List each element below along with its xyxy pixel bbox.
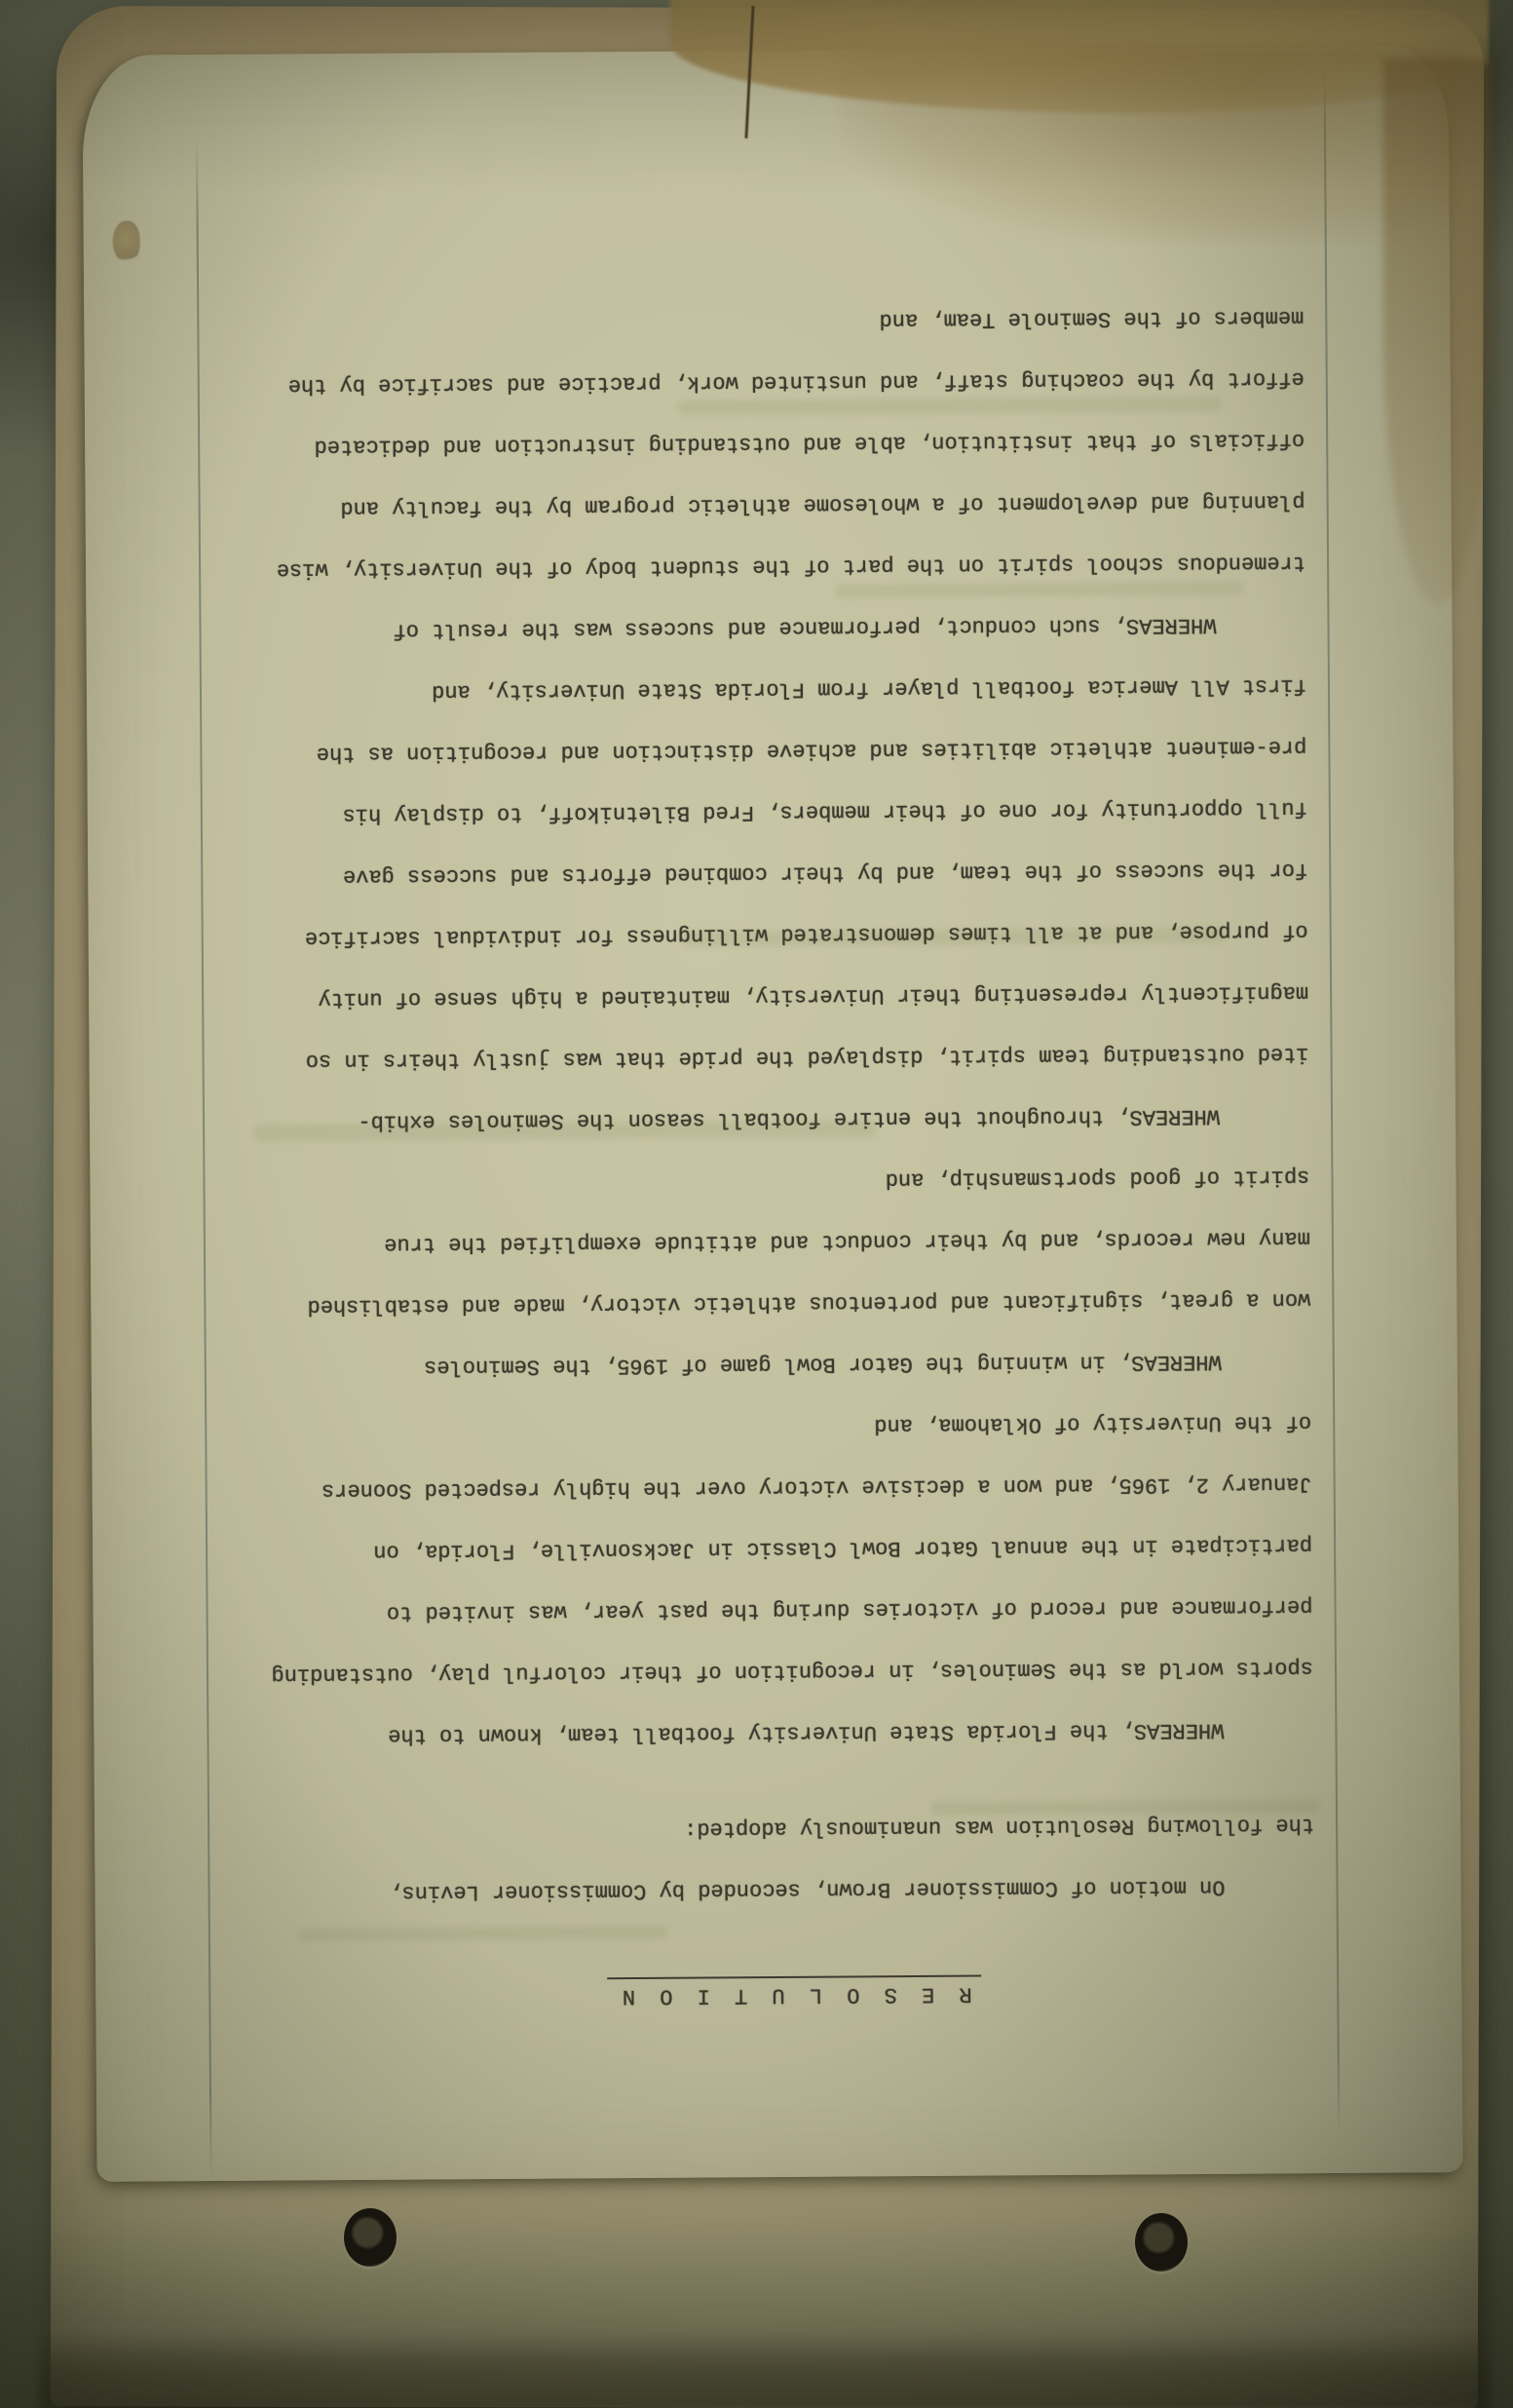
fastener-eyelet-left	[344, 2208, 397, 2267]
whereas-paragraph-3: WHEREAS, throughout the entire football …	[217, 655, 1309, 1154]
text-line: performance and record of victories duri…	[223, 1576, 1312, 1645]
text-line: WHEREAS, the Florida State University fo…	[224, 1699, 1313, 1768]
whereas-paragraph-2: WHEREAS, in winning the Gator Bowl game …	[220, 1146, 1311, 1399]
text-line: won a great, significant and portentous …	[221, 1269, 1310, 1338]
text-line: for the success of the team, and by thei…	[218, 839, 1307, 908]
text-line: of the University of Oklahoma, and	[222, 1392, 1311, 1461]
text-line: spirit of good sportsmanship, and	[220, 1146, 1309, 1215]
text-line: participate in the annual Gator Bowl Cla…	[223, 1514, 1312, 1584]
text-line: planning and development of a wholesome …	[215, 471, 1305, 540]
spacer	[226, 1917, 1315, 1968]
text-line: sports world as the Seminoles, in recogn…	[224, 1637, 1313, 1706]
document-page: R E S O L U T I O N On motion of Commiss…	[82, 46, 1462, 2182]
text-line: magnificently representing their Univers…	[219, 962, 1308, 1031]
text-line: many new records, and by their conduct a…	[221, 1207, 1310, 1277]
typed-text-block: R E S O L U T I O N On motion of Commiss…	[214, 287, 1315, 2030]
margin-rule-right	[196, 142, 212, 2177]
bleed-through-mark	[930, 1799, 1320, 1816]
edge-stain	[1383, 58, 1491, 604]
text-line: January 2, 1965, and won a decisive vict…	[222, 1453, 1311, 1522]
smudge-spot	[113, 221, 140, 264]
text-line: pre-eminent athletic abilities and achie…	[217, 716, 1306, 785]
text-line: officials of that institution, able and …	[215, 409, 1305, 478]
text-line: WHEREAS, such conduct, performance and s…	[216, 593, 1305, 663]
text-line: On motion of Commissioner Brown, seconde…	[225, 1855, 1314, 1925]
page-rotated-content: R E S O L U T I O N On motion of Commiss…	[82, 46, 1462, 2182]
margin-rule-left	[1323, 51, 1340, 2136]
whereas-paragraph-4: WHEREAS, such conduct, performance and s…	[214, 287, 1306, 663]
text-line: first All America football player from F…	[217, 655, 1306, 724]
document-title: R E S O L U T I O N	[249, 1961, 1339, 2030]
bleed-through-mark	[834, 582, 1243, 598]
document-photo: R E S O L U T I O N On motion of Commiss…	[0, 0, 1513, 2408]
text-line: ited outstanding team spirit, displayed …	[219, 1023, 1308, 1092]
text-line: members of the Seminole Team, and	[214, 287, 1304, 356]
text-line: WHEREAS, throughout the entire football …	[220, 1085, 1309, 1154]
fastener-eyelet-right	[1135, 2213, 1188, 2272]
bleed-through-mark	[298, 1926, 668, 1942]
tape-stain	[838, 47, 1461, 242]
whereas-paragraph-1: WHEREAS, the Florida State University fo…	[222, 1392, 1314, 1768]
folder-bottom-shadow	[39, 2331, 1489, 2408]
text-line: full opportunity for one of their member…	[218, 778, 1307, 847]
text-line: WHEREAS, in winning the Gator Bowl game …	[222, 1330, 1311, 1399]
